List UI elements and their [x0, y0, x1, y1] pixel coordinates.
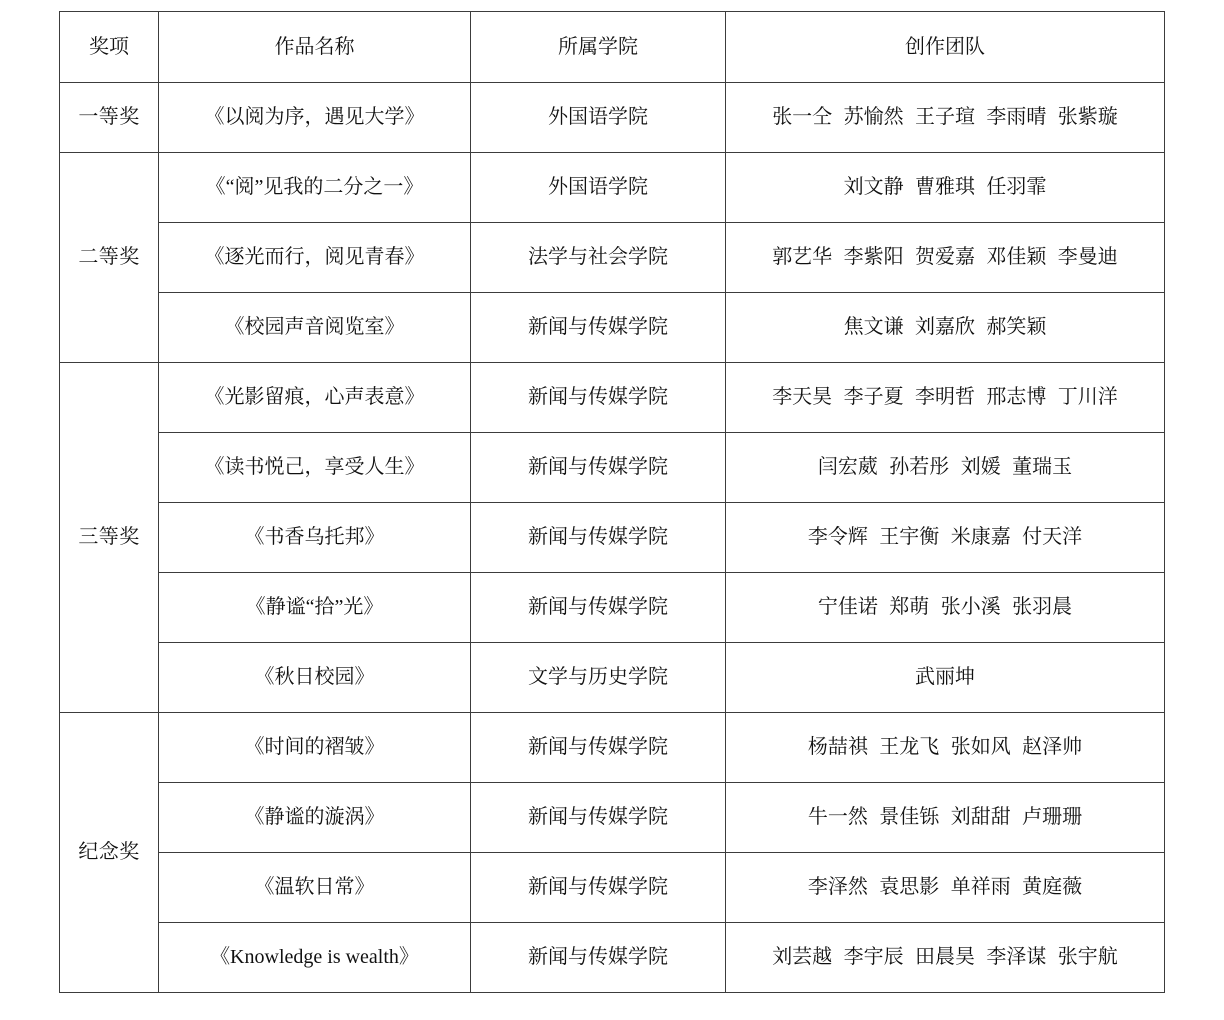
work-title-cell: 《读书悦己，享受人生》: [159, 433, 471, 503]
header-title: 作品名称: [159, 12, 471, 83]
table-row: 《逐光而行，阅见青春》法学与社会学院郭艺华 李紫阳 贺爱嘉 邓佳颖 李曼迪: [60, 223, 1165, 293]
college-cell: 新闻与传媒学院: [471, 363, 726, 433]
team-cell: 李泽然 袁思影 单祥雨 黄庭薇: [726, 853, 1165, 923]
table-header: 奖项 作品名称 所属学院 创作团队: [60, 12, 1165, 83]
team-cell: 郭艺华 李紫阳 贺爱嘉 邓佳颖 李曼迪: [726, 223, 1165, 293]
college-cell: 新闻与传媒学院: [471, 503, 726, 573]
table-row: 《读书悦己，享受人生》新闻与传媒学院闫宏葳 孙若彤 刘媛 董瑞玉: [60, 433, 1165, 503]
table-row: 纪念奖《时间的褶皱》新闻与传媒学院杨喆祺 王龙飞 张如风 赵泽帅: [60, 713, 1165, 783]
table-row: 《静谧“拾”光》新闻与传媒学院宁佳诺 郑萌 张小溪 张羽晨: [60, 573, 1165, 643]
college-cell: 新闻与传媒学院: [471, 713, 726, 783]
award-cell: 一等奖: [60, 83, 159, 153]
work-title-cell: 《校园声音阅览室》: [159, 293, 471, 363]
work-title-cell: 《光影留痕，心声表意》: [159, 363, 471, 433]
award-cell: 二等奖: [60, 153, 159, 363]
header-college: 所属学院: [471, 12, 726, 83]
table-row: 《秋日校园》文学与历史学院武丽坤: [60, 643, 1165, 713]
work-title-cell: 《秋日校园》: [159, 643, 471, 713]
college-cell: 新闻与传媒学院: [471, 853, 726, 923]
team-cell: 牛一然 景佳铄 刘甜甜 卢珊珊: [726, 783, 1165, 853]
college-cell: 外国语学院: [471, 153, 726, 223]
table-row: 一等奖《以阅为序，遇见大学》外国语学院张一仝 苏愉然 王子瑄 李雨晴 张紫璇: [60, 83, 1165, 153]
college-cell: 新闻与传媒学院: [471, 433, 726, 503]
work-title-cell: 《书香乌托邦》: [159, 503, 471, 573]
team-cell: 闫宏葳 孙若彤 刘媛 董瑞玉: [726, 433, 1165, 503]
work-title-cell: 《静谧的漩涡》: [159, 783, 471, 853]
college-cell: 新闻与传媒学院: [471, 783, 726, 853]
table-row: 《温软日常》新闻与传媒学院李泽然 袁思影 单祥雨 黄庭薇: [60, 853, 1165, 923]
award-table-container: 奖项 作品名称 所属学院 创作团队 一等奖《以阅为序，遇见大学》外国语学院张一仝…: [59, 11, 1165, 993]
table-row: 《校园声音阅览室》新闻与传媒学院焦文谦 刘嘉欣 郝笑颖: [60, 293, 1165, 363]
header-award: 奖项: [60, 12, 159, 83]
team-cell: 杨喆祺 王龙飞 张如风 赵泽帅: [726, 713, 1165, 783]
work-title-cell: 《时间的褶皱》: [159, 713, 471, 783]
team-cell: 刘芸越 李宇辰 田晨昊 李泽谋 张宇航: [726, 923, 1165, 993]
award-cell: 三等奖: [60, 363, 159, 713]
award-cell: 纪念奖: [60, 713, 159, 993]
work-title-cell: 《“阅”见我的二分之一》: [159, 153, 471, 223]
college-cell: 外国语学院: [471, 83, 726, 153]
table-body: 一等奖《以阅为序，遇见大学》外国语学院张一仝 苏愉然 王子瑄 李雨晴 张紫璇二等…: [60, 83, 1165, 993]
team-cell: 焦文谦 刘嘉欣 郝笑颖: [726, 293, 1165, 363]
work-title-cell: 《逐光而行，阅见青春》: [159, 223, 471, 293]
college-cell: 新闻与传媒学院: [471, 573, 726, 643]
team-cell: 刘文静 曹雅琪 任羽霏: [726, 153, 1165, 223]
team-cell: 李令辉 王宇衡 米康嘉 付天洋: [726, 503, 1165, 573]
team-cell: 张一仝 苏愉然 王子瑄 李雨晴 张紫璇: [726, 83, 1165, 153]
table-row: 《书香乌托邦》新闻与传媒学院李令辉 王宇衡 米康嘉 付天洋: [60, 503, 1165, 573]
table-row: 三等奖《光影留痕，心声表意》新闻与传媒学院李天昊 李子夏 李明哲 邢志博 丁川洋: [60, 363, 1165, 433]
table-row: 《Knowledge is wealth》新闻与传媒学院刘芸越 李宇辰 田晨昊 …: [60, 923, 1165, 993]
team-cell: 宁佳诺 郑萌 张小溪 张羽晨: [726, 573, 1165, 643]
document-page: 奖项 作品名称 所属学院 创作团队 一等奖《以阅为序，遇见大学》外国语学院张一仝…: [0, 0, 1224, 1020]
college-cell: 新闻与传媒学院: [471, 293, 726, 363]
work-title-cell: 《Knowledge is wealth》: [159, 923, 471, 993]
college-cell: 新闻与传媒学院: [471, 923, 726, 993]
award-table: 奖项 作品名称 所属学院 创作团队 一等奖《以阅为序，遇见大学》外国语学院张一仝…: [59, 11, 1165, 993]
team-cell: 武丽坤: [726, 643, 1165, 713]
team-cell: 李天昊 李子夏 李明哲 邢志博 丁川洋: [726, 363, 1165, 433]
college-cell: 文学与历史学院: [471, 643, 726, 713]
college-cell: 法学与社会学院: [471, 223, 726, 293]
work-title-cell: 《以阅为序，遇见大学》: [159, 83, 471, 153]
work-title-cell: 《温软日常》: [159, 853, 471, 923]
table-row: 二等奖《“阅”见我的二分之一》外国语学院刘文静 曹雅琪 任羽霏: [60, 153, 1165, 223]
work-title-cell: 《静谧“拾”光》: [159, 573, 471, 643]
header-row: 奖项 作品名称 所属学院 创作团队: [60, 12, 1165, 83]
header-team: 创作团队: [726, 12, 1165, 83]
table-row: 《静谧的漩涡》新闻与传媒学院牛一然 景佳铄 刘甜甜 卢珊珊: [60, 783, 1165, 853]
